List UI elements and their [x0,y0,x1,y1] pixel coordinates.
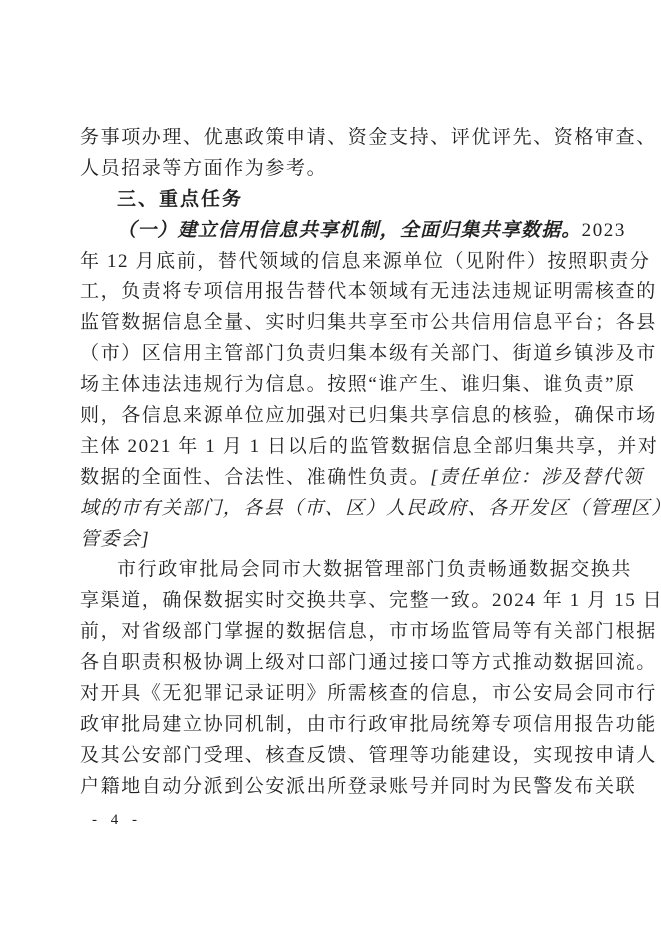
text-segment-body: 工，负责将专项信用报告替代本领域有无违法违规证明需核查的 [80,281,657,302]
text-segment-resp: 域的市有关部门，各县（市、区）人民政府、各开发区（管理区） [80,498,661,519]
text-segment-body: 对开具《无犯罪记录证明》所需核查的信息，市公安局会同市行 [80,683,657,704]
text-line: 市行政审批局会同市大数据管理部门负责畅通数据交换共 [80,555,584,586]
text-line: 主体 2021 年 1 月 1 日以后的监管数据信息全部归集共享，并对 [80,432,584,463]
text-line: 前，对省级部门掌握的数据信息，市市场监管局等有关部门根据 [80,617,584,648]
text-line: 则，各信息来源单位应加强对已归集共享信息的核验，确保市场 [80,401,584,432]
text-line: 人员招录等方面作为参考。 [80,154,584,185]
text-segment-resp: [责任单位：涉及替代领 [430,467,643,488]
text-line: （市）区信用主管部门负责归集本级有关部门、街道乡镇涉及市 [80,339,584,370]
text-line: 场主体违法违规行为信息。按照“谁产生、谁归集、谁负责”原 [80,370,584,401]
page-number: - 4 - [92,810,142,830]
text-segment-body: 及其公安部门受理、核查反馈、管理等功能建设，实现按申请人 [80,745,657,766]
text-segment-body: 年 12 月底前，替代领域的信息来源单位（见附件）按照职责分 [80,251,651,272]
text-segment-h2: （一）建立信用信息共享机制，全面归集共享数据。 [117,220,582,241]
text-segment-body: 户籍地自动分派到公安派出所登录账号并同时为民警发布关联 [80,776,636,797]
text-line: 务事项办理、优惠政策申请、资金支持、评优评先、资格审查、 [80,123,584,154]
text-line: 及其公安部门受理、核查反馈、管理等功能建设，实现按申请人 [80,741,584,772]
text-segment-resp: 管委会] [80,529,150,550]
text-line: 对开具《无犯罪记录证明》所需核查的信息，市公安局会同市行 [80,679,584,710]
text-segment-body: 享渠道，确保数据实时交换共享、完整一致。2024 年 1 月 15 日 [80,590,661,611]
document-body: 务事项办理、优惠政策申请、资金支持、评优评先、资格审查、人员招录等方面作为参考。… [80,123,584,803]
text-line: 各自职责积极协调上级对口部门通过接口等方式推动数据回流。 [80,648,584,679]
text-line: 户籍地自动分派到公安派出所登录账号并同时为民警发布关联 [80,772,584,803]
text-segment-body: 前，对省级部门掌握的数据信息，市市场监管局等有关部门根据 [80,621,657,642]
text-segment-body: 监管数据信息全量、实时归集共享至市公共信用信息平台；各县 [80,312,657,333]
text-line: 政审批局建立协同机制，由市行政审批局统筹专项信用报告功能 [80,710,584,741]
text-segment-body: 市行政审批局会同市大数据管理部门负责畅通数据交换共 [117,559,632,580]
text-segment-body: 数据的全面性、合法性、准确性负责。 [80,467,430,488]
text-line: 数据的全面性、合法性、准确性负责。[责任单位：涉及替代领 [80,463,584,494]
text-segment-body: 政审批局建立协同机制，由市行政审批局统筹专项信用报告功能 [80,714,657,735]
text-line: 域的市有关部门，各县（市、区）人民政府、各开发区（管理区） [80,494,584,525]
text-line: 享渠道，确保数据实时交换共享、完整一致。2024 年 1 月 15 日 [80,586,584,617]
text-line: 工，负责将专项信用报告替代本领域有无违法违规证明需核查的 [80,277,584,308]
text-segment-body: 各自职责积极协调上级对口部门通过接口等方式推动数据回流。 [80,652,657,673]
text-line: 年 12 月底前，替代领域的信息来源单位（见附件）按照职责分 [80,247,584,278]
text-segment-body: 则，各信息来源单位应加强对已归集共享信息的核验，确保市场 [80,405,657,426]
text-line: 管委会] [80,525,584,556]
text-line: 三、重点任务 [80,185,584,216]
text-line: （一）建立信用信息共享机制，全面归集共享数据。2023 [80,216,584,247]
text-segment-body: 场主体违法违规行为信息。按照“谁产生、谁归集、谁负责”原 [80,374,636,395]
text-segment-h1: 三、重点任务 [117,189,243,210]
document-page: 务事项办理、优惠政策申请、资金支持、评优评先、资格审查、人员招录等方面作为参考。… [0,0,661,935]
text-segment-body: 2023 [582,220,626,241]
text-segment-body: 务事项办理、优惠政策申请、资金支持、评优评先、资格审查、 [80,127,657,148]
text-segment-body: （市）区信用主管部门负责归集本级有关部门、街道乡镇涉及市 [80,343,657,364]
text-segment-body: 人员招录等方面作为参考。 [80,158,327,179]
text-line: 监管数据信息全量、实时归集共享至市公共信用信息平台；各县 [80,308,584,339]
text-segment-body: 主体 2021 年 1 月 1 日以后的监管数据信息全部归集共享，并对 [80,436,659,457]
